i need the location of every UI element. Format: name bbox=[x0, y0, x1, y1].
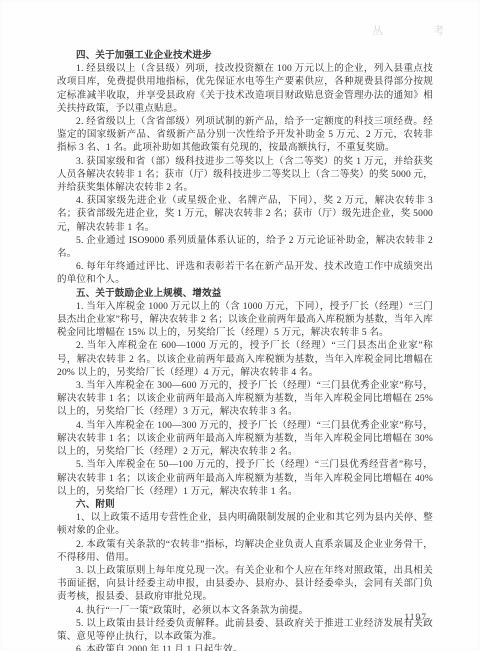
policy-item: 5. 以上政策由县计经委负责解释。此前县委、县政府关于推进工业经济发展有关政策、… bbox=[57, 618, 433, 644]
page-number: 1197 bbox=[404, 613, 427, 623]
policy-item: 3. 获国家级和省（部）级科技进步二等奖以上（含二等奖）的奖 1 万元，并给获奖… bbox=[57, 156, 433, 196]
policy-item: 2. 当年入库税金在 600—1000 万元的，授予厂长（经理）“三门县杰出企业… bbox=[57, 340, 433, 380]
policy-item: 5. 当年入库税金在 50—100 万元的，授予厂长（经理）“三门县优秀经营者”… bbox=[57, 459, 433, 499]
policy-item: 6. 每年年终通过评比、评选和表彰若干名在新产品开发、技术改造工作中成绩突出的单… bbox=[57, 261, 433, 287]
running-header: 丛 考 bbox=[373, 23, 465, 38]
policy-item: 6. 本政策自 2000 年 11 月 1 日起生效。 bbox=[57, 644, 433, 651]
policy-item: 4. 当年入库税金在 100—300 万元的，授予厂长（经理）“三门县优秀企业家… bbox=[57, 420, 433, 460]
policy-item: 3. 当年入库税金在 300—600 万元的，授予厂长（经理）“三门县优秀企业家… bbox=[57, 380, 433, 420]
policy-item: 2. 本政策有关条款的“农转非”指标，均解决企业负责人直系亲属及企业业务骨干，不… bbox=[57, 539, 433, 565]
document-page: 丛 考 四、关于加强工业企业技术进步 1. 经县级以上（含县级）列项，技改投资额… bbox=[0, 0, 480, 651]
section-heading-5: 五、关于鼓励企业上规模、增效益 bbox=[57, 288, 433, 301]
policy-item: 5. 企业通过 ISO9000 系列质量体系认证的，给予 2 万元论证补助金，解… bbox=[57, 235, 433, 261]
policy-item: 4. 执行“一厂一策”政策时，必须以本文各条款为前提。 bbox=[57, 605, 433, 618]
policy-item: 4. 获国家级先进企业（或星级企业、名牌产品，下同），奖 2 万元，解决农转非 … bbox=[57, 195, 433, 235]
policy-item: 1. 当年入库税金 1000 万元以上的（含 1000 万元，下同），授予厂长（… bbox=[57, 301, 433, 341]
policy-item: 2. 经省级以上（含省部级）列项试制的新产品，给予一定额度的科技三项经费。经鉴定… bbox=[57, 116, 433, 156]
section-heading-4: 四、关于加强工业企业技术进步 bbox=[57, 50, 433, 63]
policy-item: 3. 以上政策原则上每年度兑现一次。有关企业和个人应在年终对照政策，出具相关书面… bbox=[57, 565, 433, 605]
policy-item: 1. 经县级以上（含县级）列项，技改投资额在 100 万元以上的企业，列入县重点… bbox=[57, 63, 433, 116]
document-body: 四、关于加强工业企业技术进步 1. 经县级以上（含县级）列项，技改投资额在 10… bbox=[57, 50, 433, 651]
section-heading-6: 六、附则 bbox=[57, 499, 433, 512]
policy-item: 1、以上政策不适用专营性企业，县内明确限制发展的企业和其它列为县内关停、整顿对象… bbox=[57, 512, 433, 538]
